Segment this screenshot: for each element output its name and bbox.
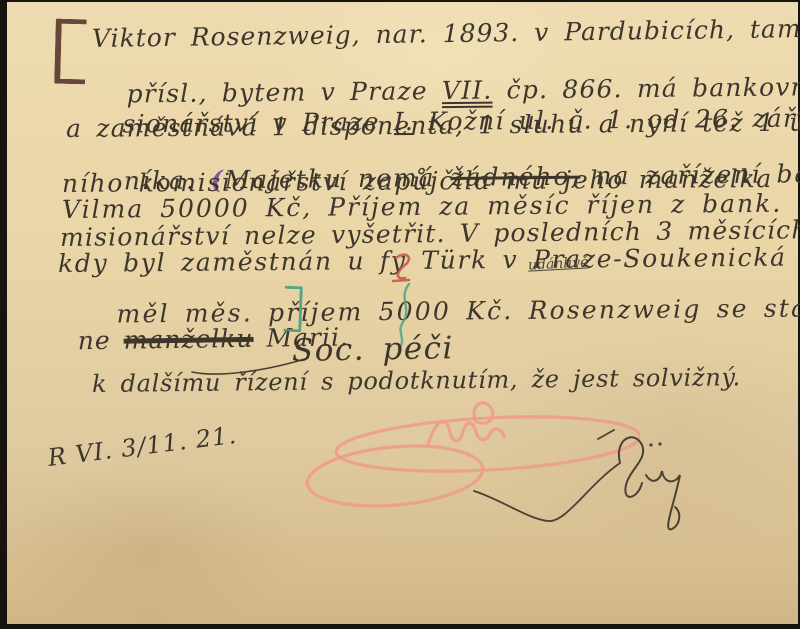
handwritten-line-12: k dalšímu řízení s podotknutím, že jest …	[92, 365, 741, 396]
line10-text-b: se stará o	[717, 293, 800, 323]
inserted-word-above-line: udánlivě	[528, 254, 589, 273]
document-page: Viktor Rosenzweig, nar. 1893. v Pardubic…	[0, 0, 800, 629]
handwritten-line-4: a zaměstnává 1 disponenta, 1 sluhu a nyn…	[66, 109, 800, 141]
line11-scribbled-word: manželku	[123, 324, 253, 355]
heading-soc-peci: Soc. péči	[292, 333, 454, 367]
ink-signature	[470, 425, 795, 565]
margin-close-bracket	[283, 286, 303, 333]
line11-text: ne	[78, 326, 124, 356]
